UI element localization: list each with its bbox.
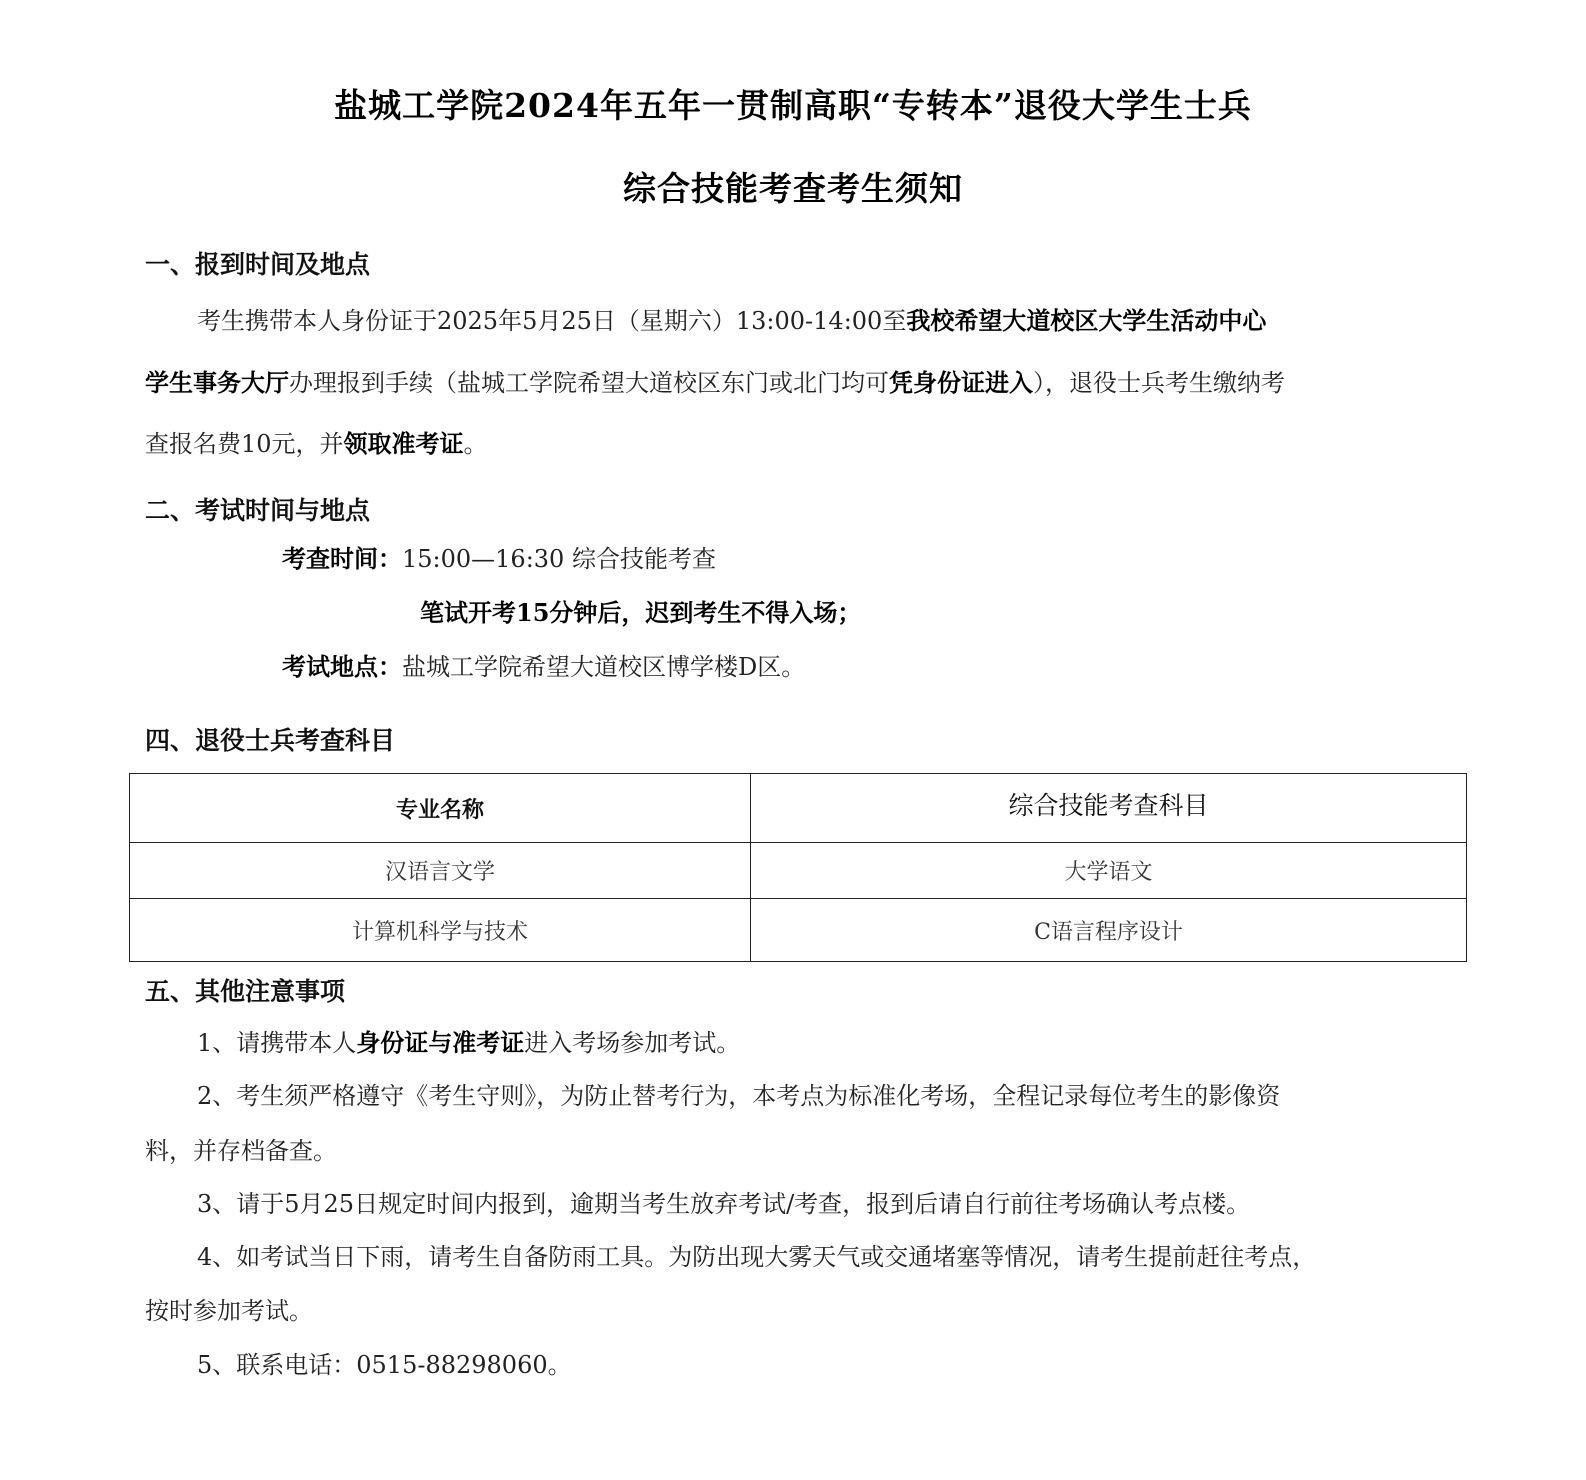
- exam-time-line: 考查时间：15:00—16:30 综合技能考查: [282, 539, 716, 574]
- late-entry-note: 笔试开考15分钟后，迟到考生不得入场；: [420, 593, 861, 628]
- document-title-line2: 综合技能考查考生须知: [0, 163, 1586, 210]
- exam-time-label: 考查时间：: [282, 544, 402, 573]
- cell-major: 计算机科学与技术: [130, 899, 751, 962]
- section1-paragraph-line3: 查报名费10元，并领取准考证。: [145, 413, 1465, 475]
- text: ），退役士兵考生缴纳考: [1033, 369, 1285, 397]
- header-subject: 综合技能考查科目: [751, 774, 1467, 843]
- bold-documents: 身份证与准考证: [356, 1028, 524, 1057]
- table-row: 汉语言文学 大学语文: [130, 843, 1467, 899]
- table-header-row: 专业名称 综合技能考查科目: [130, 774, 1467, 843]
- section5-heading: 五、其他注意事项: [145, 972, 345, 1008]
- section4-heading: 四、退役士兵考查科目: [145, 721, 395, 757]
- cell-subject: C语言程序设计: [751, 899, 1467, 962]
- cell-subject: 大学语文: [751, 843, 1467, 899]
- text: 考生携带本人身份证于2025年5月25日（星期六）13:00-14:00至: [197, 307, 906, 335]
- section2-heading: 二、考试时间与地点: [145, 491, 370, 527]
- exam-place-value: 盐城工学院希望大道校区博学楼D区。: [402, 653, 805, 681]
- bold-admission-ticket: 领取准考证: [344, 429, 464, 458]
- text: 进入考场参加考试。: [524, 1029, 740, 1057]
- exam-place-line: 考试地点：盐城工学院希望大道校区博学楼D区。: [282, 647, 805, 682]
- text: 。: [464, 430, 488, 458]
- exam-place-label: 考试地点：: [282, 652, 402, 681]
- document-title-line1: 盐城工学院2024年五年一贯制高职“专转本”退役大学生士兵: [0, 80, 1586, 127]
- text: 办理报到手续（盐城工学院希望大道校区东门或北门均可: [289, 369, 889, 397]
- section1-paragraph-line2: 学生事务大厅办理报到手续（盐城工学院希望大道校区东门或北门均可凭身份证进入），退…: [145, 352, 1465, 414]
- bold-id-entry: 凭身份证进入: [889, 368, 1033, 397]
- text: 1、请携带本人: [197, 1029, 356, 1057]
- table-row: 计算机科学与技术 C语言程序设计: [130, 899, 1467, 962]
- note-item-4-line2: 按时参加考试。: [145, 1280, 1465, 1342]
- header-major: 专业名称: [130, 774, 751, 843]
- section1-paragraph-line1: 考生携带本人身份证于2025年5月25日（星期六）13:00-14:00至我校希…: [145, 290, 1517, 352]
- cell-major: 汉语言文学: [130, 843, 751, 899]
- notice-document: 盐城工学院2024年五年一贯制高职“专转本”退役大学生士兵 综合技能考查考生须知…: [0, 0, 1586, 1480]
- note-item-4-line1: 4、如考试当日下雨，请考生自备防雨工具。为防出现大雾天气或交通堵塞等情况，请考生…: [145, 1226, 1517, 1288]
- bold-location: 我校希望大道校区大学生活动中心: [906, 306, 1266, 335]
- section1-heading: 一、报到时间及地点: [145, 245, 370, 281]
- subjects-table: 专业名称 综合技能考查科目 汉语言文学 大学语文 计算机科学与技术 C语言程序设…: [129, 773, 1467, 962]
- note-item-5-contact: 5、联系电话：0515-88298060。: [145, 1334, 1517, 1396]
- exam-time-value: 15:00—16:30 综合技能考查: [402, 545, 716, 573]
- note-item-2-line1: 2、考生须严格遵守《考生守则》，为防止替考行为，本考点为标准化考场，全程记录每位…: [145, 1065, 1517, 1127]
- text: 查报名费10元，并: [145, 430, 344, 458]
- bold-hall: 学生事务大厅: [145, 368, 289, 397]
